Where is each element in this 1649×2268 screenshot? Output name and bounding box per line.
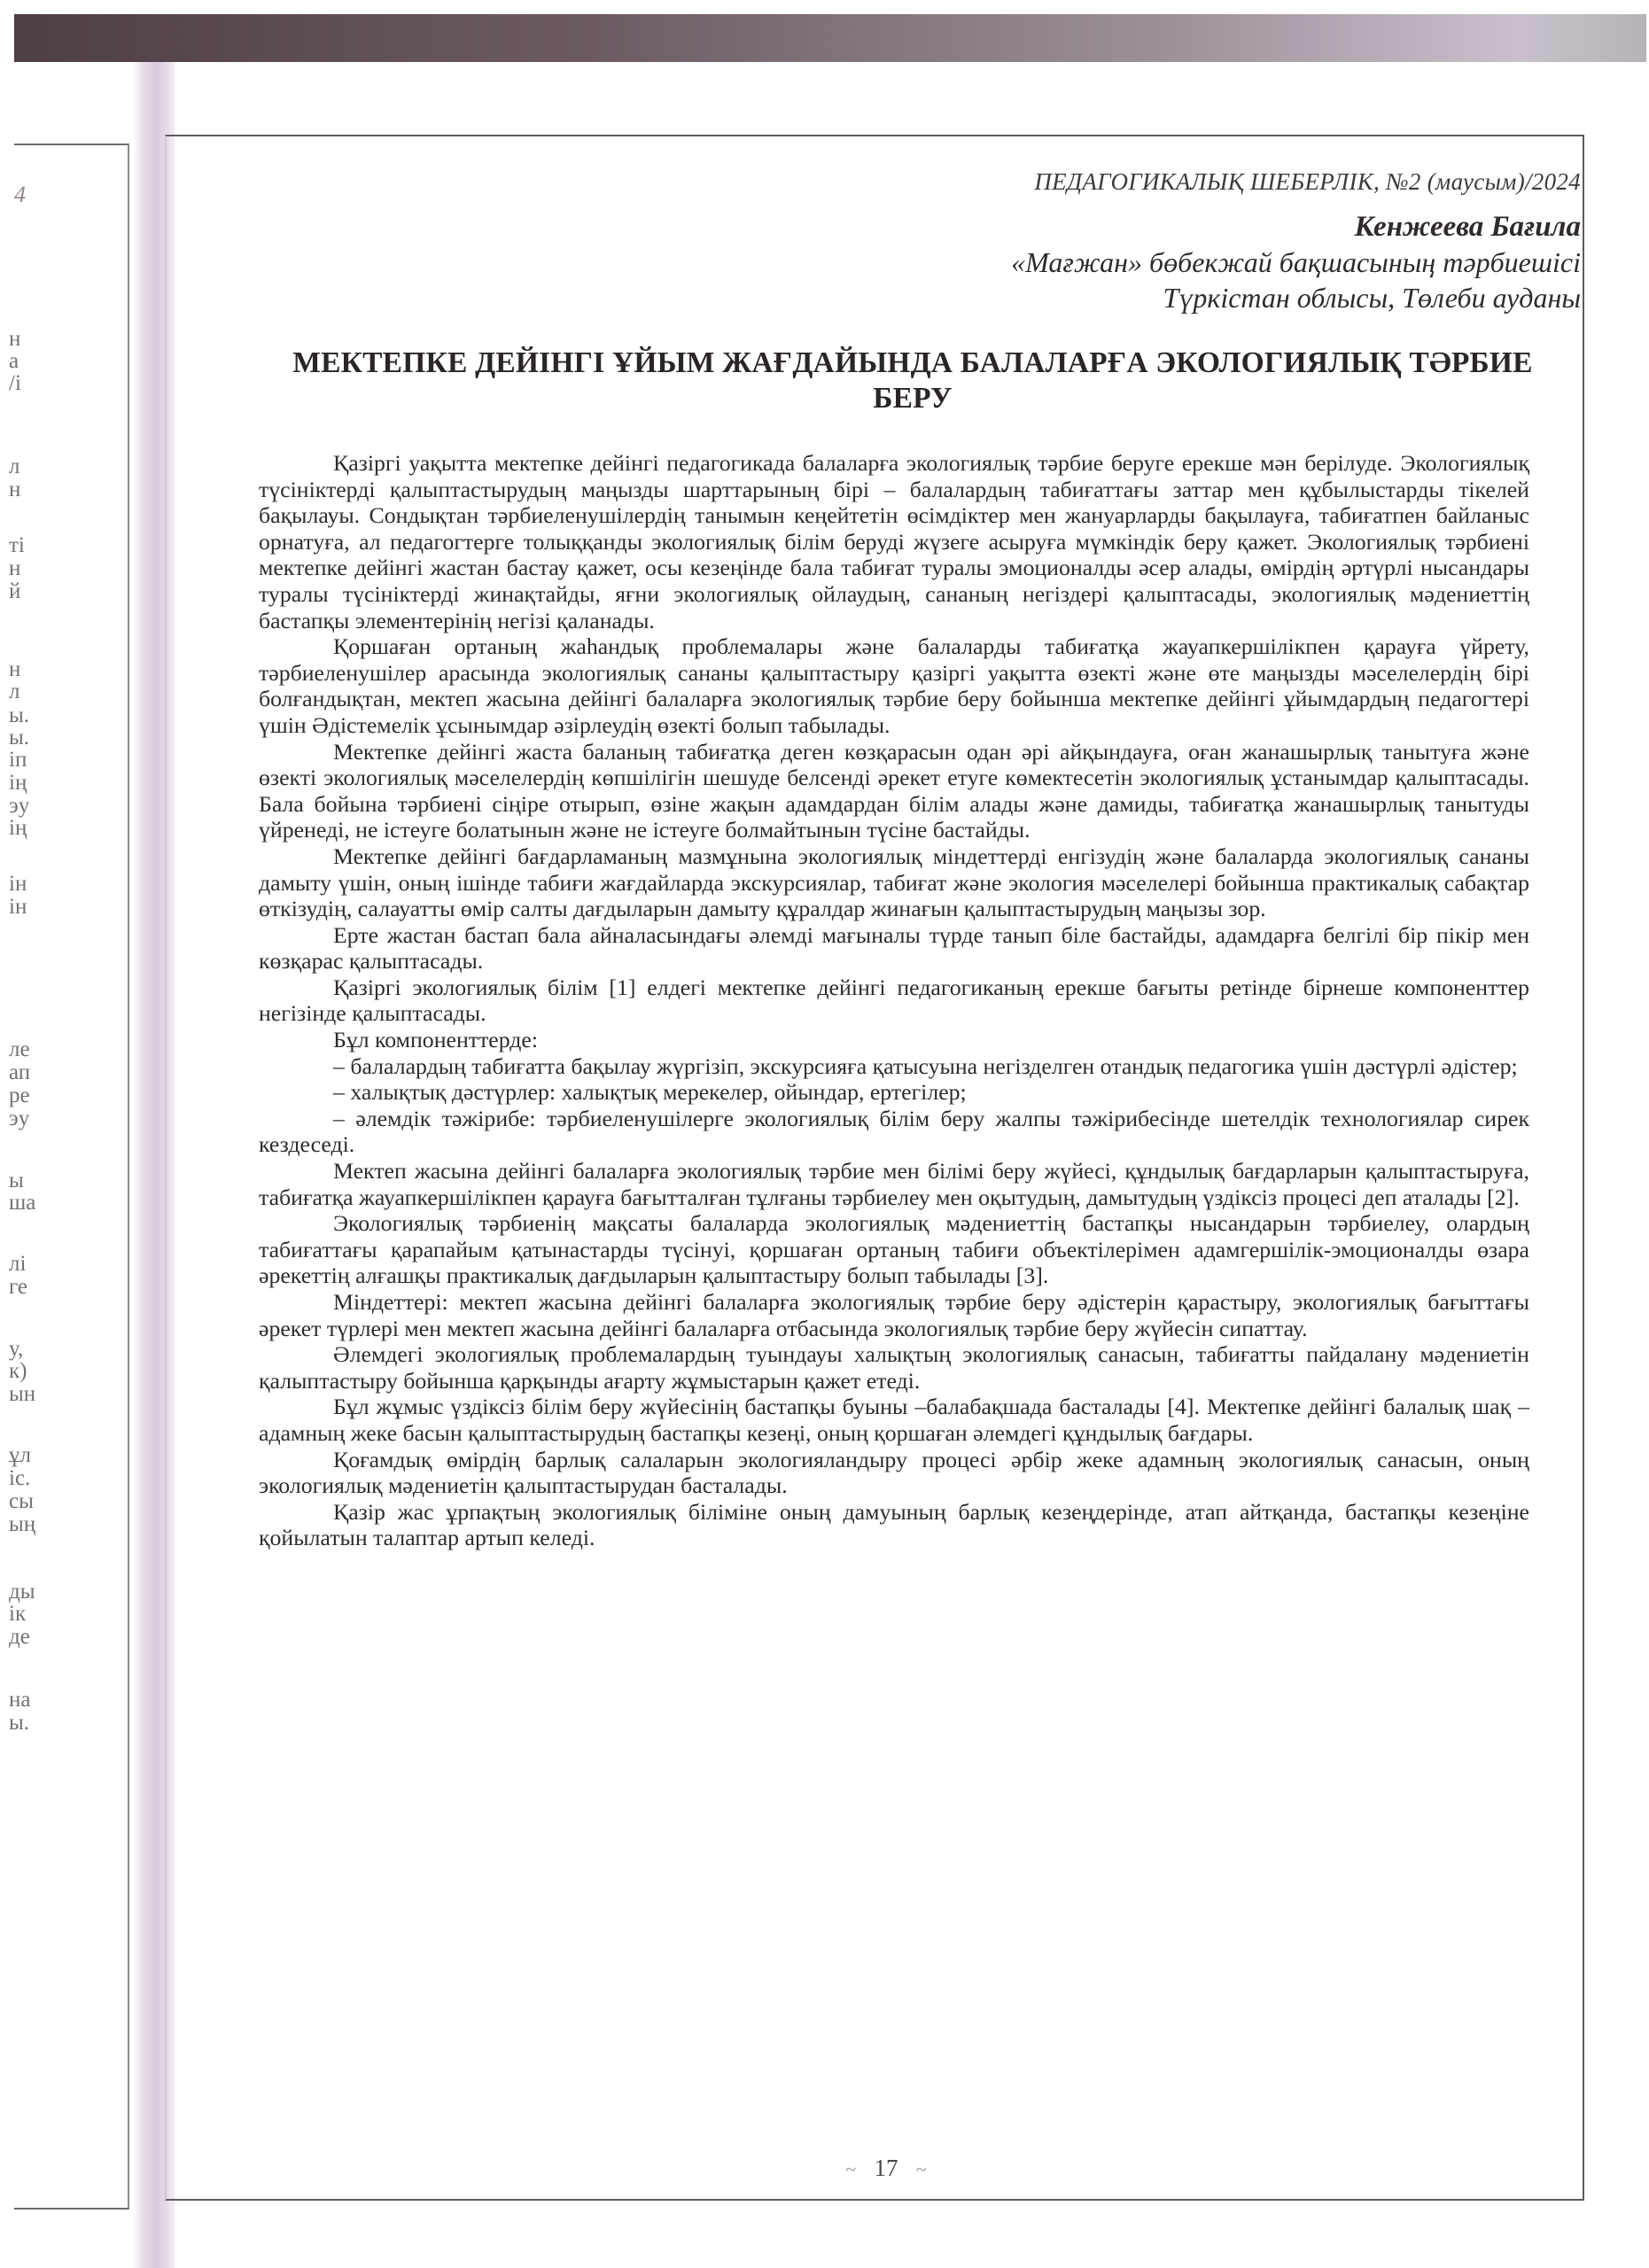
- article-paragraph: Қазіргі экологиялық білім [1] елдегі мек…: [259, 975, 1529, 1027]
- journal-running-header: ПЕДАГОГИКАЛЫҚ ШЕБЕРЛІК, №2 (маусым)/2024: [1034, 168, 1581, 196]
- article-paragraph: Бұл компоненттерде:: [259, 1027, 1529, 1053]
- left-page-line-fragment: а: [9, 350, 19, 372]
- left-page-line-fragment: ы.: [9, 726, 29, 749]
- article-paragraph: Міндеттері: мектеп жасына дейінгі балала…: [259, 1289, 1529, 1341]
- article-paragraph: – әлемдік тәжірибе: тәрбиеленушілерге эк…: [259, 1106, 1529, 1158]
- article-paragraph: Әлемдегі экологиялық проблемалардың туын…: [259, 1341, 1529, 1394]
- left-page-line-fragment: н: [9, 328, 20, 350]
- left-page-line-fragment: де: [9, 1626, 30, 1648]
- left-page-line-fragment: ге: [9, 1276, 27, 1298]
- left-page-line-fragment: н: [9, 557, 20, 579]
- left-facing-page: 4 на/ілнтінйнлы.ы.іпіңэуіңінінлеапреэуыш…: [0, 0, 133, 2268]
- article-paragraph: Мектепке дейінгі бағдарламаның мазмұнына…: [259, 843, 1529, 922]
- left-page-number-fragment: 4: [14, 182, 26, 208]
- left-page-line-fragment: й: [9, 580, 20, 602]
- left-page-frame: [14, 144, 129, 2210]
- left-page-line-fragment: ті: [9, 534, 25, 556]
- left-page-line-fragment: на: [9, 1689, 30, 1711]
- left-page-line-fragment: ің: [9, 817, 27, 839]
- page-footer: ~ 17 ~: [0, 2155, 1649, 2182]
- left-page-line-fragment: ы: [9, 1169, 24, 1192]
- left-page-line-fragment: н: [9, 478, 20, 501]
- left-page-line-fragment: ін: [9, 896, 27, 918]
- article-paragraph: Бұл жұмыс үздіксіз білім беру жүйесінің …: [259, 1394, 1529, 1446]
- left-page-line-fragment: ша: [9, 1192, 35, 1214]
- left-page-line-fragment: ік: [9, 1603, 26, 1625]
- article-paragraph: Экологиялық тәрбиенің мақсаты балаларда …: [259, 1210, 1529, 1289]
- page-number-ornament-right: ~: [916, 2158, 927, 2180]
- left-page-line-fragment: сы: [9, 1490, 34, 1512]
- article-paragraph: Қоғамдық өмірдің барлық салаларын эколог…: [259, 1447, 1529, 1499]
- left-page-line-fragment: ды: [9, 1581, 35, 1603]
- left-page-line-fragment: ұл: [9, 1444, 31, 1466]
- left-page-line-fragment: ап: [9, 1061, 30, 1084]
- author-name: Кенжеева Бағила: [1011, 209, 1581, 245]
- left-page-line-fragment: л: [9, 680, 19, 703]
- left-page-line-fragment: ре: [9, 1084, 30, 1107]
- left-page-line-fragment: ле: [9, 1038, 30, 1060]
- author-block: Кенжеева Бағила «Мағжан» бөбекжай бақшас…: [1011, 209, 1581, 315]
- scanner-top-strip: [14, 14, 1646, 62]
- left-page-line-fragment: ің: [9, 772, 27, 794]
- left-page-line-fragment: іс.: [9, 1467, 30, 1489]
- left-page-line-fragment: ы.: [9, 1712, 29, 1734]
- left-page-line-fragment: лі: [9, 1253, 26, 1275]
- left-page-line-fragment: ін: [9, 873, 27, 895]
- page-number-ornament-left: ~: [845, 2158, 856, 2180]
- left-page-line-fragment: ы.: [9, 704, 29, 726]
- article-paragraph: Мектеп жасына дейінгі балаларға экология…: [259, 1158, 1529, 1210]
- left-page-line-fragment: /і: [9, 372, 21, 394]
- left-page-line-fragment: к): [9, 1360, 27, 1382]
- left-page-line-fragment: ың: [9, 1513, 35, 1535]
- article-paragraph: Қоршаған ортаның жаһандық проблемалары ж…: [259, 633, 1529, 738]
- left-page-line-fragment: эу: [9, 795, 29, 817]
- article-title: МЕКТЕПКЕ ДЕЙІНГІ ҰЙЫМ ЖАҒДАЙЫНДА БАЛАЛАР…: [292, 346, 1533, 416]
- left-page-line-fragment: ын: [9, 1383, 35, 1405]
- left-page-line-fragment: у,: [9, 1338, 23, 1360]
- left-page-line-fragment: н: [9, 658, 20, 680]
- left-page-line-fragment: іп: [9, 749, 27, 771]
- scanned-page: 4 на/ілнтінйнлы.ы.іпіңэуіңінінлеапреэуыш…: [0, 0, 1649, 2268]
- author-position: «Мағжан» бөбекжай бақшасының тәрбиешісі: [1011, 245, 1581, 280]
- article-paragraph: – балалардың табиғатта бақылау жүргізіп,…: [259, 1053, 1529, 1080]
- left-page-line-fragment: эу: [9, 1107, 29, 1130]
- page-number: 17: [875, 2155, 898, 2181]
- article-paragraph: Қазіргі уақытта мектепке дейінгі педагог…: [259, 450, 1529, 633]
- article-paragraph: Ерте жастан бастап бала айналасындағы әл…: [259, 922, 1529, 975]
- article-body: Қазіргі уақытта мектепке дейінгі педагог…: [259, 450, 1529, 1551]
- article-paragraph: Қазір жас ұрпақтың экологиялық біліміне …: [259, 1499, 1529, 1551]
- article-paragraph: – халықтық дәстүрлер: халықтық мерекелер…: [259, 1079, 1529, 1106]
- author-location: Түркістан облысы, Төлеби ауданы: [1011, 280, 1581, 315]
- article-paragraph: Мектепке дейінгі жаста баланың табиғатқа…: [259, 739, 1529, 843]
- left-page-line-fragment: л: [9, 455, 19, 478]
